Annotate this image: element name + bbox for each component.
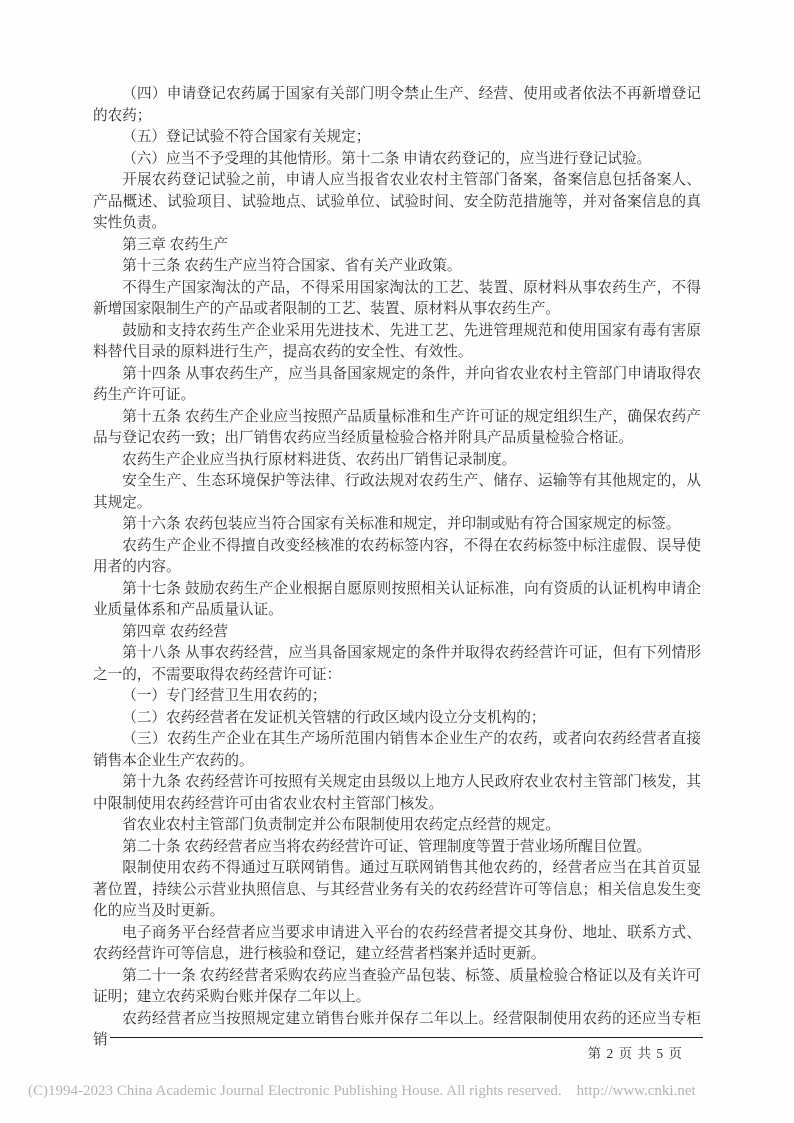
body-article: 第十四条 从事农药生产，应当具备国家规定的条件，并向省农业农村主管部门申请取得农… [93,364,701,407]
body-paragraph: 鼓励和支持农药生产企业采用先进技术、先进工艺、先进管理规范和使用国家有毒有害原料… [93,321,701,364]
document-page: （四）申请登记农药属于国家有关部门明令禁止生产、经营、使用或者依法不再新增登记的… [0,0,794,1123]
body-chapter-heading: 第四章 农药经营 [93,622,701,644]
page-indicator: 第 2 页 共 5 页 [588,1042,683,1062]
body-item: （六）应当不予受理的其他情形。第十二条 申请农药登记的，应当进行登记试验。 [93,149,701,171]
body-item: （三）农药生产企业在其生产场所范围内销售本企业生产的农药，或者向农药经营者直接销… [93,729,701,772]
body-article: 第十五条 农药生产企业应当按照产品质量标准和生产许可证的规定组织生产，确保农药产… [93,407,701,450]
footer-divider [110,1037,703,1038]
body-paragraph: 农药生产企业应当执行原材料进货、农药出厂销售记录制度。 [93,450,701,472]
body-paragraph: 开展农药登记试验之前，申请人应当报省农业农村主管部门备案，备案信息包括备案人、产… [93,170,701,235]
document-body: （四）申请登记农药属于国家有关部门明令禁止生产、经营、使用或者依法不再新增登记的… [93,84,701,1052]
body-item: （四）申请登记农药属于国家有关部门明令禁止生产、经营、使用或者依法不再新增登记的… [93,84,701,127]
body-article: 第二十条 农药经营者应当将农药经营许可证、管理制度等置于营业场所醒目位置。 [93,837,701,859]
body-paragraph: 电子商务平台经营者应当要求申请进入平台的农药经营者提交其身份、地址、联系方式、农… [93,923,701,966]
body-paragraph: 限制使用农药不得通过互联网销售。通过互联网销售其他农药的，经营者应当在其首页显著… [93,858,701,923]
body-paragraph: 不得生产国家淘汰的产品，不得采用国家淘汰的工艺、装置、原材料从事农药生产，不得新… [93,278,701,321]
body-item: （二）农药经营者在发证机关管辖的行政区域内设立分支机构的； [93,708,701,730]
body-article: 第十三条 农药生产应当符合国家、省有关产业政策。 [93,256,701,278]
body-paragraph: 省农业农村主管部门负责制定并公布限制使用农药定点经营的规定。 [93,815,701,837]
copyright-notice: (C)1994-2023 China Academic Journal Elec… [28,1083,696,1100]
body-chapter-heading: 第三章 农药生产 [93,235,701,257]
body-paragraph: 安全生产、生态环境保护等法律、行政法规对农药生产、储存、运输等有其他规定的，从其… [93,471,701,514]
body-article: 第十八条 从事农药经营，应当具备国家规定的条件并取得农药经营许可证，但有下列情形… [93,643,701,686]
body-item: （一）专门经营卫生用农药的； [93,686,701,708]
body-item: （五）登记试验不符合国家有关规定； [93,127,701,149]
body-paragraph: 农药生产企业不得擅自改变经核准的农药标签内容，不得在农药标签中标注虚假、误导使用… [93,536,701,579]
body-article: 第十七条 鼓励农药生产企业根据自愿原则按照相关认证标准，向有资质的认证机构申请企… [93,579,701,622]
body-article: 第十六条 农药包装应当符合国家有关标准和规定，并印制或贴有符合国家规定的标签。 [93,514,701,536]
body-article: 第十九条 农药经营许可按照有关规定由县级以上地方人民政府农业农村主管部门核发，其… [93,772,701,815]
body-article: 第二十一条 农药经营者采购农药应当查验产品包装、标签、质量检验合格证以及有关许可… [93,966,701,1009]
